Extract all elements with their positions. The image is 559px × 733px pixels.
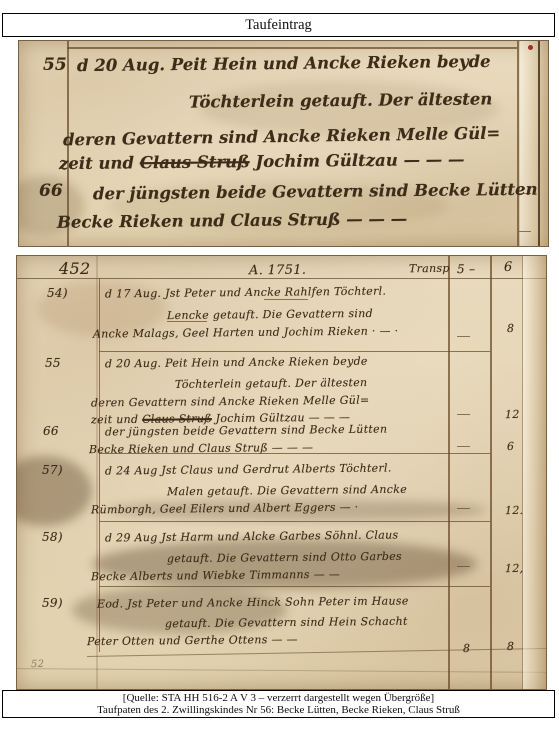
manuscript-line: Malen getauft. Die Gevattern sind Ancke — [167, 484, 407, 498]
row-rule — [99, 351, 490, 352]
caption-godparents: Taufpaten des 2. Zwillingskindes Nr 56: … — [97, 704, 460, 717]
row-rule — [17, 278, 546, 279]
top-rule — [67, 47, 517, 49]
enlarged-scan-image: 55 66 d 20 Aug. Peit Hein und Ancke Riek… — [18, 40, 549, 247]
fee-dash — [457, 336, 470, 337]
fee-value: 8 — [463, 643, 470, 654]
manuscript-line: Becke Alberts und Wiebke Timmanns — — — [91, 569, 340, 583]
fee-value: 12, — [505, 563, 524, 574]
footer-number: 52 — [31, 660, 44, 670]
right-rule — [517, 41, 519, 246]
entry-number: 55 — [45, 357, 61, 369]
column-rule — [448, 256, 450, 689]
fee-value: 8 — [507, 323, 514, 334]
line-text: Jochim Gültzau — — — — [250, 150, 465, 171]
page-edge — [523, 256, 546, 689]
entry-number-66: 66 — [39, 183, 63, 200]
page-edge — [520, 41, 548, 246]
fee-value: 6 — [507, 441, 514, 452]
caption-source: [Quelle: STA HH 516-2 A V 3 – verzerrt d… — [123, 692, 434, 705]
manuscript-line: Peter Otten und Gerthe Ottens — — — [87, 634, 298, 647]
manuscript-line: d 20 Aug. Peit Hein und Ancke Rieken bey… — [77, 54, 491, 75]
entry-number: 54) — [47, 287, 68, 299]
row-rule — [87, 648, 546, 657]
manuscript-line: d 29 Aug Jst Harm und Alcke Garbes Söhnl… — [105, 529, 398, 543]
manuscript-line: Töchterlein getauft. Der ältesten — [189, 91, 492, 111]
manuscript-line: Eod. Jst Peter und Ancke Hinck Sohn Pete… — [97, 595, 409, 609]
crossed-out-name: Claus Struß — [140, 152, 250, 172]
folio-number: 452 — [59, 261, 90, 277]
fee-value: 8 — [507, 641, 514, 652]
manuscript-line: der jüngsten beide Gevattern sind Becke … — [93, 182, 538, 203]
manuscript-line: deren Gevattern sind Ancke Rieken Melle … — [63, 126, 500, 149]
entry-number-55: 55 — [43, 57, 67, 74]
fee-dash — [457, 446, 470, 447]
fee-value: 12 — [505, 409, 520, 420]
transport-sum: 6 — [504, 261, 513, 274]
document-page: Taufeintrag 55 66 d 20 Aug. Peit Hein un… — [0, 0, 559, 733]
fee-value: 12. — [505, 505, 524, 516]
manuscript-line: Lencke getauft. Die Gevattern sind — [167, 308, 373, 321]
fee-dash — [457, 414, 470, 415]
column-rule — [490, 256, 492, 689]
title-box: Taufeintrag — [2, 13, 555, 37]
fee-dash — [457, 508, 470, 509]
entry-number: 66 — [43, 425, 59, 437]
manuscript-line: d 17 Aug. Jst Peter und Ancke Rahlfen Tö… — [105, 286, 386, 300]
fee-dash — [519, 231, 531, 232]
underline — [264, 299, 308, 300]
fee-dash — [457, 566, 470, 567]
register-scan-image: 452 A. 1751. Transp 5 – 6 54) d 17 Aug. … — [16, 255, 547, 690]
line-text: zeit und — [59, 153, 140, 173]
manuscript-line: der jüngsten beide Gevattern sind Becke … — [105, 424, 387, 438]
manuscript-line: deren Gevattern sind Ancke Rieken Melle … — [91, 395, 370, 409]
row-rule — [99, 521, 490, 522]
page-edge-rule — [538, 41, 540, 246]
manuscript-line: Ancke Malags, Geel Harten und Jochim Rie… — [93, 325, 398, 339]
caption-box: [Quelle: STA HH 516-2 A V 3 – verzerrt d… — [2, 690, 555, 718]
manuscript-line: getauft. Die Gevattern sind Otto Garbes — [167, 551, 402, 564]
manuscript-line: getauft. Die Gevattern sind Hein Schacht — [165, 616, 408, 630]
row-rule — [99, 586, 490, 587]
entry-number: 57) — [42, 464, 63, 476]
entry-number: 58) — [42, 531, 63, 543]
manuscript-line: Becke Rieken und Claus Struß — — — — [89, 442, 313, 455]
entry-number: 59) — [42, 597, 63, 609]
year-heading: A. 1751. — [249, 264, 306, 278]
transport-value: 5 – — [457, 263, 475, 275]
manuscript-line: d 20 Aug. Peit Hein und Ancke Rieken bey… — [105, 356, 368, 370]
fold-line — [96, 256, 98, 689]
manuscript-line: d 24 Aug Jst Claus und Gerdrut Alberts T… — [105, 462, 392, 476]
red-dot — [528, 45, 533, 50]
page-edge-rule — [522, 256, 523, 689]
manuscript-line: Becke Rieken und Claus Struß — — — — [57, 211, 407, 231]
page-title: Taufeintrag — [245, 17, 312, 34]
manuscript-line: Rümborgh, Geel Eilers und Albert Eggers … — [91, 502, 359, 516]
manuscript-line: Töchterlein getauft. Der ältesten — [175, 377, 368, 390]
transport-label: Transp — [409, 263, 450, 274]
manuscript-line: zeit und Claus Struß Jochim Gültzau — — … — [59, 152, 465, 173]
